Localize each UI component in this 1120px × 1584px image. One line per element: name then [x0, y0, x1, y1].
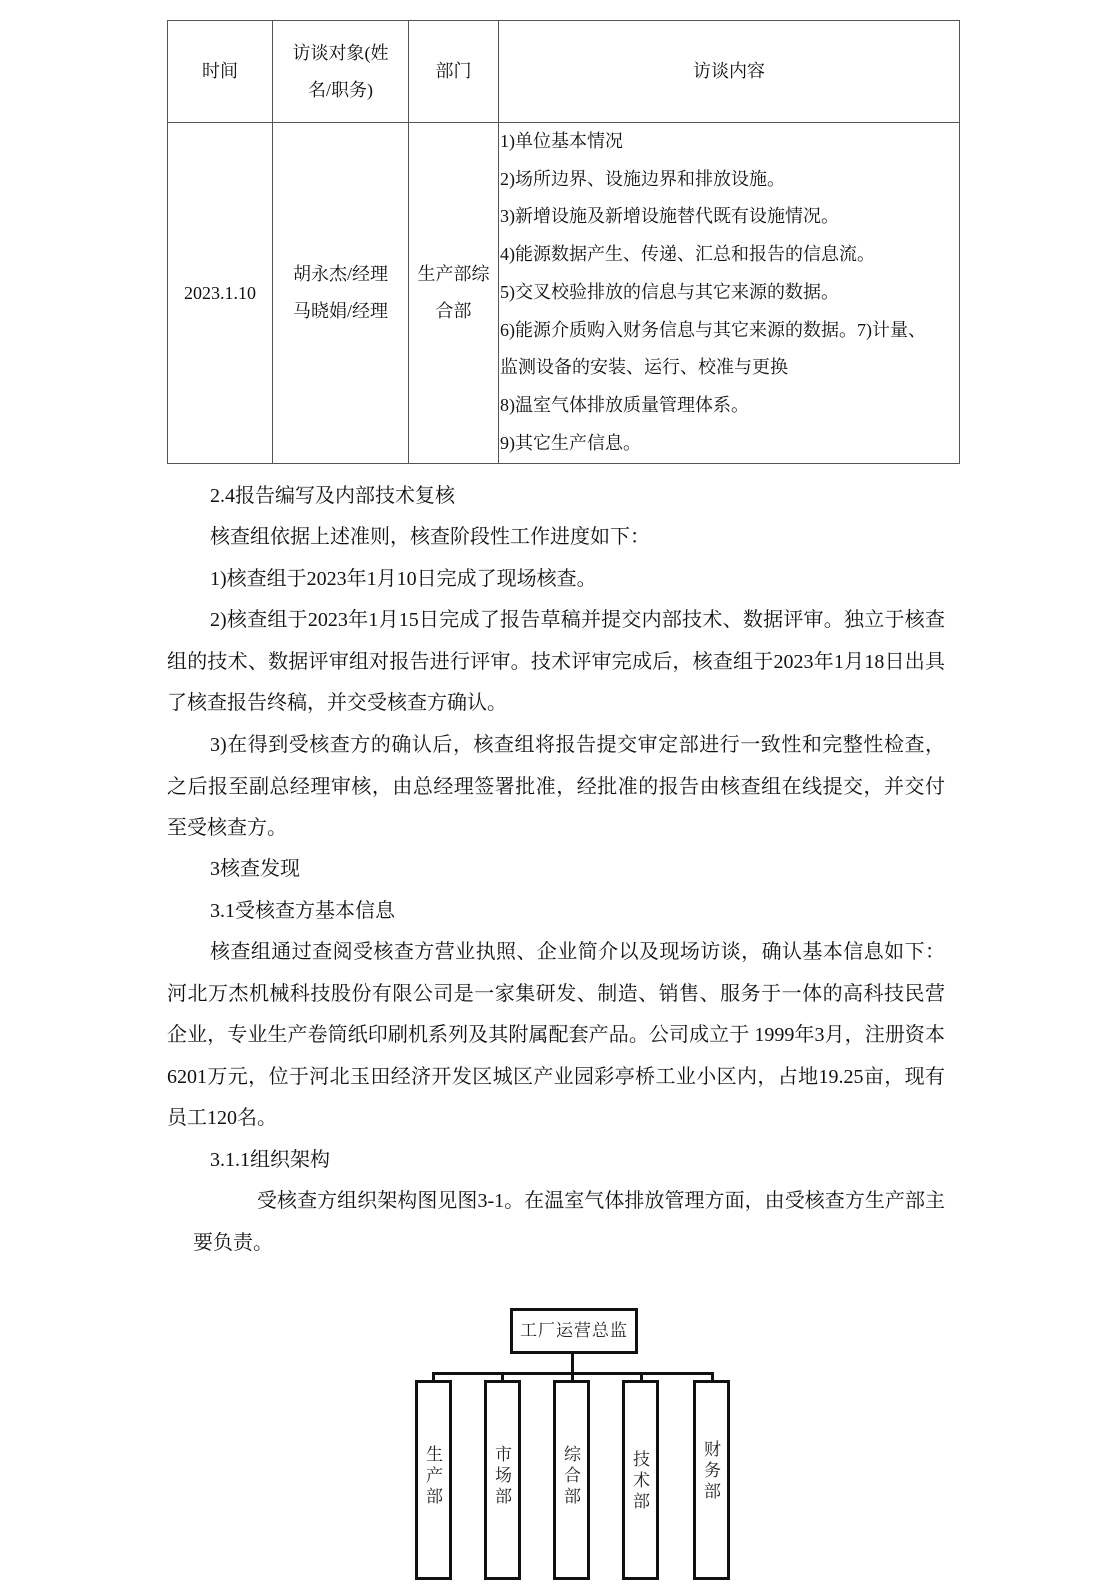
org-top-box: 工厂运营总监	[510, 1308, 638, 1354]
org-dept-label: 市场部	[487, 1445, 518, 1508]
section-2-4-intro: 核查组依据上述准则，核查阶段性工作进度如下：	[167, 517, 945, 559]
org-dept-marketing: 市场部	[484, 1380, 521, 1580]
org-dept-label: 技术部	[625, 1450, 656, 1513]
org-dept-label: 生产部	[418, 1445, 449, 1508]
header-content-label: 访谈内容	[499, 53, 959, 90]
section-3-1-1-heading: 3.1.1组织架构	[210, 1140, 988, 1182]
org-dept-production: 生产部	[415, 1380, 452, 1580]
org-dept-technical: 技术部	[622, 1380, 659, 1580]
header-dept-label: 部门	[409, 53, 498, 90]
dept-line1: 生产部综	[409, 256, 498, 293]
section-3-1-body: 核查组通过查阅受核查方营业执照、企业简介以及现场访谈，确认基本信息如下：河北万杰…	[167, 932, 945, 1140]
section-2-4-item-2: 2)核查组于2023年1月15日完成了报告草稿并提交内部技术、数据评审。独立于核…	[167, 600, 945, 725]
org-chart: 工厂运营总监 生产部 市场部 综合部 技术部 财务部	[400, 1290, 740, 1584]
section-2-4-item-3: 3)在得到受核查方的确认后，核查组将报告提交审定部进行一致性和完整性检查，之后报…	[167, 725, 945, 850]
header-time-label: 时间	[168, 53, 272, 90]
content-list: 1)单位基本情况 2)场所边界、设施边界和排放设施。 3)新增设施及新增设施替代…	[499, 123, 959, 462]
header-content: 访谈内容	[499, 21, 960, 123]
content-item: 3)新增设施及新增设施替代既有设施情况。	[500, 198, 959, 236]
document-page: 时间 访谈对象(姓 名/职务) 部门 访谈内容 2023.1.10 胡永杰/经理	[0, 0, 1120, 1584]
content-item: 4)能源数据产生、传递、汇总和报告的信息流。	[500, 236, 959, 274]
content-item: 8)温室气体排放质量管理体系。	[500, 387, 959, 425]
org-dept-general: 综合部	[553, 1380, 590, 1580]
org-dept-label: 综合部	[556, 1445, 587, 1508]
cell-time: 2023.1.10	[168, 123, 273, 464]
header-person: 访谈对象(姓 名/职务)	[273, 21, 409, 123]
content-item: 1)单位基本情况	[500, 123, 959, 161]
interview-table: 时间 访谈对象(姓 名/职务) 部门 访谈内容 2023.1.10 胡永杰/经理	[167, 20, 960, 464]
header-dept: 部门	[409, 21, 499, 123]
section-2-4-heading: 2.4报告编写及内部技术复核	[210, 476, 988, 518]
cell-content: 1)单位基本情况 2)场所边界、设施边界和排放设施。 3)新增设施及新增设施替代…	[499, 123, 960, 464]
content-item: 2)场所边界、设施边界和排放设施。	[500, 161, 959, 199]
section-2-4-item-1: 1)核查组于2023年1月10日完成了现场核查。	[167, 559, 945, 601]
content-item: 监测设备的安装、运行、校准与更换	[500, 349, 959, 387]
header-time: 时间	[168, 21, 273, 123]
section-3-1-heading: 3.1受核查方基本信息	[210, 891, 988, 933]
org-dept-label: 财务部	[696, 1440, 727, 1503]
dept-line2: 合部	[409, 293, 498, 330]
cell-persons: 胡永杰/经理 马晓娟/经理	[273, 123, 409, 464]
table-header-row: 时间 访谈对象(姓 名/职务) 部门 访谈内容	[168, 21, 960, 123]
header-person-line2: 名/职务)	[273, 72, 408, 109]
section-3-heading: 3核查发现	[210, 849, 988, 891]
content-item: 9)其它生产信息。	[500, 425, 959, 463]
table-row: 2023.1.10 胡永杰/经理 马晓娟/经理 生产部综 合部 1)单位基本情况…	[168, 123, 960, 464]
content-item: 6)能源介质购入财务信息与其它来源的数据。7)计量、	[500, 312, 959, 350]
org-dept-finance: 财务部	[693, 1380, 730, 1580]
section-3-1-1-body: 受核查方组织架构图见图3-1。在温室气体排放管理方面，由受核查方生产部主要负责。	[193, 1181, 945, 1264]
person-1: 胡永杰/经理	[273, 256, 408, 293]
cell-dept: 生产部综 合部	[409, 123, 499, 464]
header-person-line1: 访谈对象(姓	[273, 35, 408, 72]
person-2: 马晓娟/经理	[273, 293, 408, 330]
content-item: 5)交叉校验排放的信息与其它来源的数据。	[500, 274, 959, 312]
